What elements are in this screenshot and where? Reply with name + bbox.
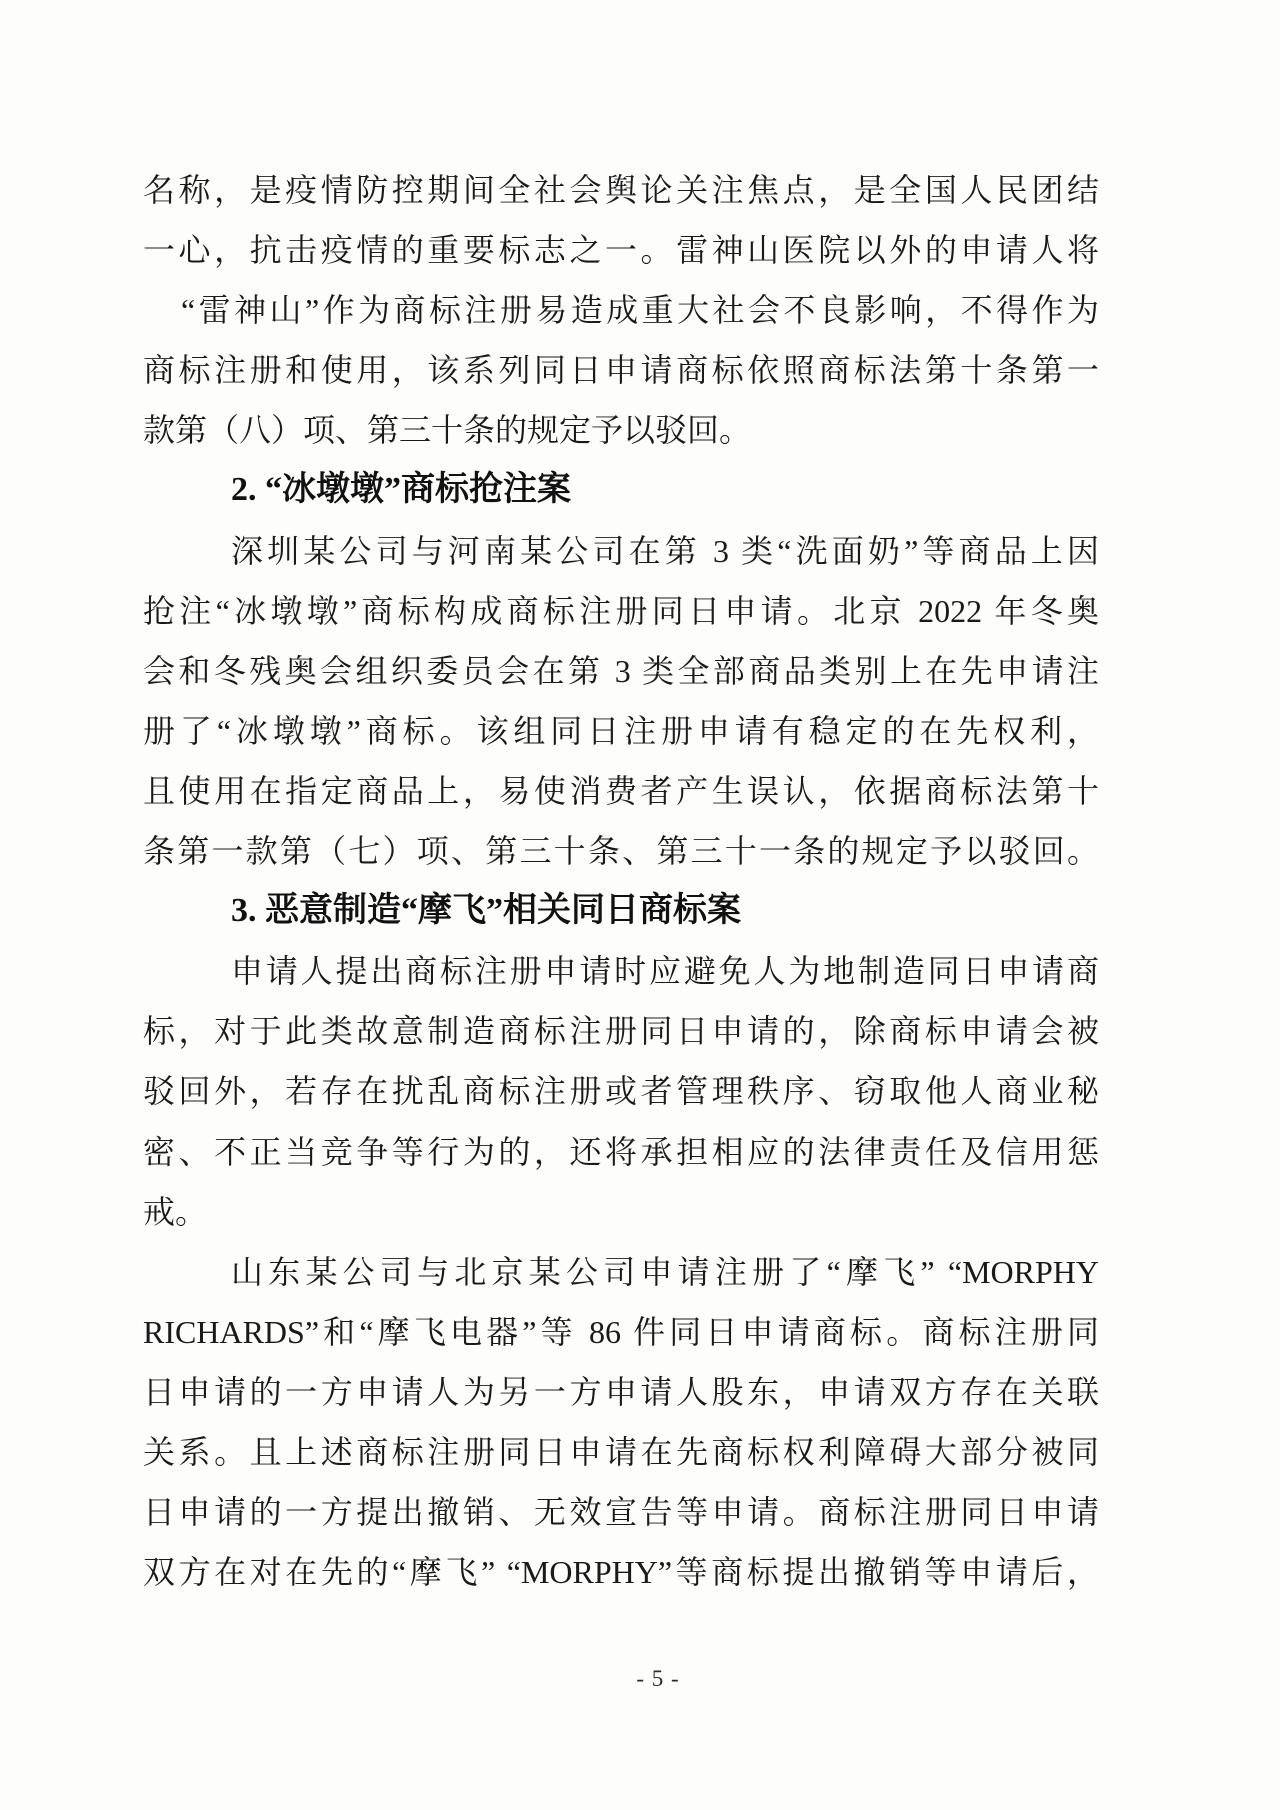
text-line: 标，对于此类故意制造商标注册同日申请的，除商标申请会被 bbox=[143, 1001, 1099, 1061]
section-heading-3: 3. 恶意制造“摩飞”相关同日商标案 bbox=[143, 881, 1099, 941]
text-line: RICHARDS”和“摩飞电器”等 86 件同日申请商标。商标注册同 bbox=[143, 1302, 1099, 1362]
text-line: 申请人提出商标注册申请时应避免人为地制造同日申请商 bbox=[143, 941, 1099, 1001]
text-line: 会和冬残奥会组织委员会在第 3 类全部商品类别上在先申请注 bbox=[143, 641, 1099, 701]
text-line: 一心，抗击疫情的重要标志之一。雷神山医院以外的申请人将 bbox=[143, 220, 1099, 280]
text-line: 名称，是疫情防控期间全社会舆论关注焦点，是全国人民团结 bbox=[143, 160, 1099, 220]
text-line: 山东某公司与北京某公司申请注册了“摩飞” “MORPHY bbox=[143, 1242, 1099, 1302]
text-line: 密、不正当竞争等行为的，还将承担相应的法律责任及信用惩 bbox=[143, 1122, 1099, 1182]
text-line: 双方在对在先的“摩飞” “MORPHY”等商标提出撤销等申请后， bbox=[143, 1542, 1099, 1602]
text-line: 抢注“冰墩墩”商标构成商标注册同日申请。北京 2022 年冬奥 bbox=[143, 581, 1099, 641]
scanned-document-page: 名称，是疫情防控期间全社会舆论关注焦点，是全国人民团结 一心，抗击疫情的重要标志… bbox=[0, 0, 1280, 1810]
text-line: 款第（八）项、第三十条的规定予以驳回。 bbox=[143, 400, 1099, 460]
text-line: 驳回外，若存在扰乱商标注册或者管理秩序、窃取他人商业秘 bbox=[143, 1061, 1099, 1121]
text-line: “雷神山”作为商标注册易造成重大社会不良影响，不得作为 bbox=[143, 280, 1099, 340]
document-text-block: 名称，是疫情防控期间全社会舆论关注焦点，是全国人民团结 一心，抗击疫情的重要标志… bbox=[143, 160, 1099, 1602]
page-number: - 5 - bbox=[636, 1666, 679, 1691]
text-line: 戒。 bbox=[143, 1182, 1099, 1242]
text-line: 关系。且上述商标注册同日申请在先商标权利障碍大部分被同 bbox=[143, 1422, 1099, 1482]
text-line: 条第一款第（七）项、第三十条、第三十一条的规定予以驳回。 bbox=[143, 821, 1099, 881]
text-line: 深圳某公司与河南某公司在第 3 类“洗面奶”等商品上因 bbox=[143, 521, 1099, 581]
text-line: 且使用在指定商品上，易使消费者产生误认，依据商标法第十 bbox=[143, 761, 1099, 821]
section-heading-2: 2. “冰墩墩”商标抢注案 bbox=[143, 460, 1099, 520]
text-line: 日申请的一方提出撤销、无效宣告等申请。商标注册同日申请 bbox=[143, 1482, 1099, 1542]
page-footer: - 5 - bbox=[598, 1662, 718, 1696]
text-line: 商标注册和使用，该系列同日申请商标依照商标法第十条第一 bbox=[143, 340, 1099, 400]
text-line: 册了“冰墩墩”商标。该组同日注册申请有稳定的在先权利， bbox=[143, 701, 1099, 761]
text-line: 日申请的一方申请人为另一方申请人股东，申请双方存在关联 bbox=[143, 1362, 1099, 1422]
